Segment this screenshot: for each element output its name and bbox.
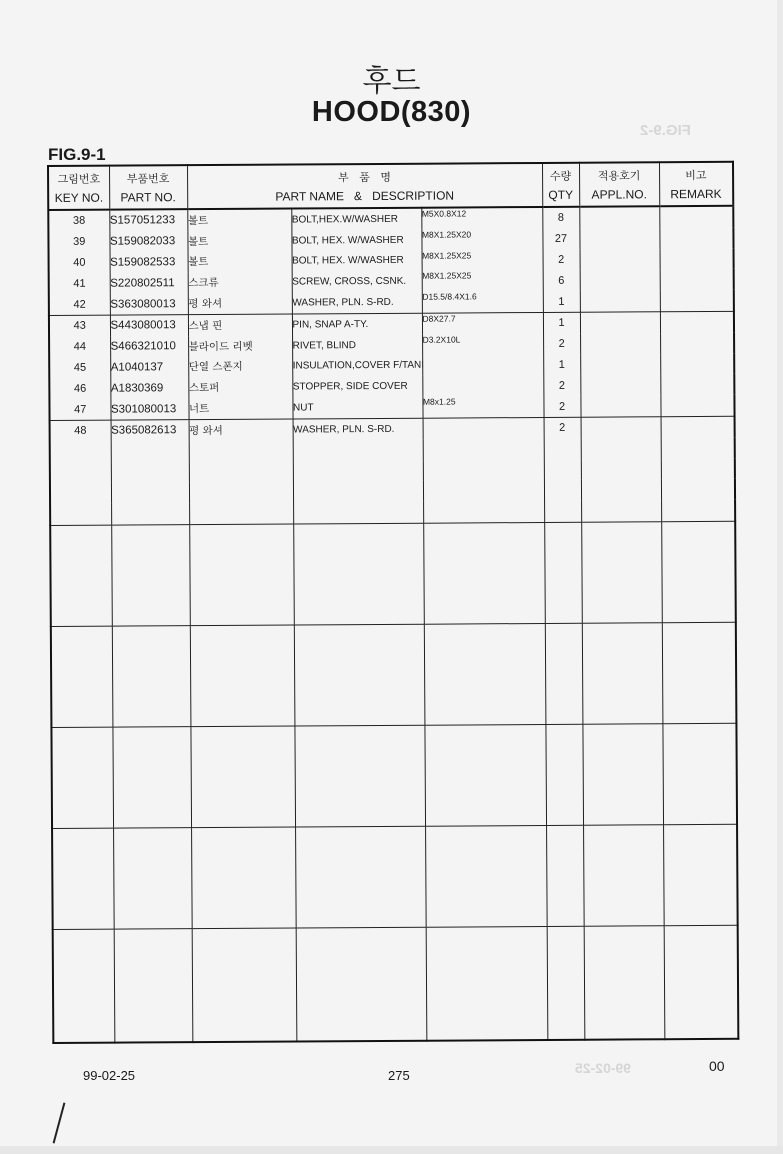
cell-spec [423, 417, 544, 439]
cell-desc: BOLT, HEX. W/WASHER [291, 230, 421, 252]
bottom-edge [0, 1146, 783, 1154]
cell-appl [580, 270, 660, 291]
cell-remark [660, 248, 734, 269]
cell-pno: A1040137 [110, 357, 188, 378]
cell-appl [580, 354, 660, 375]
cell-desc: WASHER, PLN. S-RD. [292, 292, 422, 314]
cell-qty: 2 [543, 249, 580, 270]
page-title-korean: 후드 [0, 56, 783, 100]
cell-qty: 27 [542, 229, 579, 250]
revision-number: 00 [709, 1058, 725, 1074]
cell-spec [422, 355, 543, 377]
cell-ko: 볼트 [187, 230, 291, 251]
cell-spec: M5X0.8X12 [421, 207, 542, 230]
cell-desc: STOPPER, SIDE COVER [292, 376, 422, 398]
cell-qty: 1 [543, 312, 580, 334]
empty-block [51, 622, 737, 727]
cell-desc: RIVET, BLIND [292, 334, 422, 356]
cell-ko: 평 와셔 [189, 419, 293, 441]
cell-pno: S301080013 [110, 398, 188, 420]
cell-qty: 2 [543, 375, 580, 396]
footer-date: 99-02-25 [83, 1068, 135, 1083]
cell-qty: 8 [542, 207, 579, 229]
header-appl-no: 적용호기APPL.NO. [579, 162, 659, 206]
empty-block [50, 521, 736, 626]
cell-ko: 블라이드 리벳 [188, 335, 292, 356]
cell-desc: WASHER, PLN. S-RD. [293, 418, 423, 440]
cell-key: 43 [49, 315, 110, 337]
cell-remark [660, 353, 734, 374]
cell-spec: M8x1.25 [422, 396, 543, 418]
cell-pno: S365082613 [111, 420, 189, 442]
cell-spec: D15.5/8.4X1.6 [422, 291, 543, 313]
cell-pno: S443080013 [110, 315, 188, 337]
page-title: HOOD(830) [0, 96, 783, 129]
cell-remark [661, 416, 735, 438]
cell-key: 40 [49, 252, 110, 273]
cell-qty: 2 [543, 334, 580, 355]
cell-qty: 6 [543, 270, 580, 291]
cell-key: 46 [49, 378, 110, 399]
cell-pno: S159082533 [110, 252, 188, 273]
cell-spec: D3.2X10L [422, 334, 543, 356]
cell-pno: S466321010 [110, 336, 188, 357]
cell-ko: 너트 [188, 398, 292, 420]
cell-ko: 스크류 [188, 272, 292, 293]
empty-block [52, 824, 738, 929]
cell-ko: 평 와셔 [188, 293, 292, 315]
cell-spec [422, 375, 543, 397]
cell-key: 47 [49, 399, 110, 421]
cell-desc: NUT [292, 397, 422, 419]
cell-pno: S220802511 [110, 273, 188, 294]
cell-pno: S363080013 [110, 293, 188, 315]
cell-qty: 1 [543, 291, 580, 313]
cell-spec: M8X1.25X25 [422, 250, 543, 272]
cell-remark [660, 311, 734, 333]
cell-appl [581, 417, 661, 439]
header-qty: 수량QTY [542, 163, 579, 207]
cell-appl [580, 333, 660, 354]
cell-appl [580, 375, 660, 396]
cell-spec: M8X1.25X20 [421, 229, 542, 251]
cell-key: 45 [49, 357, 110, 378]
cell-key: 38 [48, 210, 109, 232]
cell-spec: D8X27.7 [422, 312, 543, 334]
bleed-through-date: 99-02-25 [575, 1060, 631, 1076]
pen-mark [53, 1102, 66, 1143]
cell-remark [660, 374, 734, 395]
cell-remark [660, 395, 734, 417]
cell-appl [580, 312, 660, 334]
empty-block [53, 925, 739, 1043]
cell-appl [579, 206, 659, 228]
cell-desc: SCREW, CROSS, CSNK. [292, 271, 422, 293]
cell-qty: 1 [543, 354, 580, 375]
cell-ko: 스토퍼 [188, 377, 292, 398]
header-remark: 비고REMARK [659, 162, 733, 206]
cell-key: 41 [49, 273, 110, 294]
header-part-no: 부품번호PART NO. [109, 165, 187, 209]
page-number: 275 [388, 1068, 410, 1083]
parts-table: 그림번호KEY NO. 부품번호PART NO. 부 품 명PART NAME … [47, 161, 739, 1044]
empty-block [51, 723, 737, 828]
cell-desc: BOLT, HEX. W/WASHER [292, 250, 422, 272]
cell-desc: PIN, SNAP A-TY. [292, 313, 422, 335]
cell-remark [659, 206, 733, 228]
cell-ko: 스냅 핀 [188, 314, 292, 336]
cell-key: 44 [49, 336, 110, 357]
cell-appl [580, 290, 660, 312]
cell-remark [660, 269, 734, 290]
cell-key: 48 [50, 420, 111, 442]
cell-key: 39 [48, 231, 109, 252]
cell-desc: INSULATION,COVER F/TANK [292, 355, 422, 377]
cell-pno: S157051233 [109, 209, 187, 231]
page-edge [777, 0, 783, 1154]
cell-appl [580, 395, 660, 417]
cell-key: 42 [49, 294, 110, 316]
cell-pno: A1830369 [110, 378, 188, 399]
cell-qty: 2 [544, 417, 581, 439]
cell-remark [660, 290, 734, 312]
cell-desc: BOLT,HEX.W/WASHER [291, 208, 421, 231]
cell-remark [659, 228, 733, 249]
cell-pno: S159082033 [109, 231, 187, 252]
table-header: 그림번호KEY NO. 부품번호PART NO. 부 품 명PART NAME … [48, 162, 733, 210]
cell-appl [580, 249, 660, 270]
cell-remark [660, 333, 734, 354]
cell-ko: 단열 스폰지 [188, 356, 292, 377]
cell-qty: 2 [543, 396, 580, 418]
header-key-no: 그림번호KEY NO. [48, 166, 109, 210]
cell-ko: 볼트 [188, 251, 292, 272]
cell-appl [579, 228, 659, 249]
cell-ko: 볼트 [187, 209, 291, 231]
header-part-name: 부 품 명PART NAME & DESCRIPTION [187, 163, 542, 209]
figure-label: FIG.9-1 [48, 145, 106, 165]
cell-spec: M8X1.25X25 [422, 270, 543, 292]
